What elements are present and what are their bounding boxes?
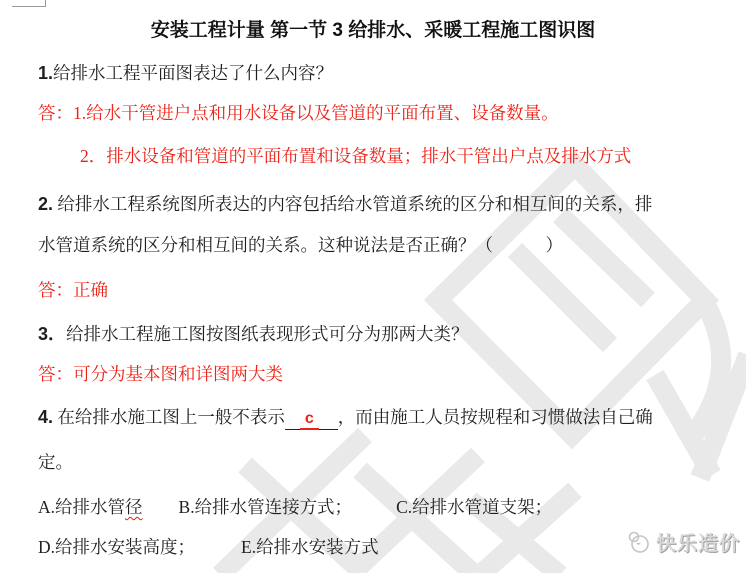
question-4-line-2: 定。 bbox=[38, 449, 73, 475]
question-2-line-2: 水管道系统的区分和相互间的关系。这种说法是否正确？（ ） bbox=[38, 232, 563, 258]
brand-face-icon bbox=[626, 529, 652, 555]
question-3-text: 给排水工程施工图按图纸表现形式可分为那两大类？ bbox=[66, 324, 469, 344]
question-1-number: 1. bbox=[38, 63, 53, 83]
brand-text: 快乐造价 bbox=[656, 527, 740, 556]
question-1: 1.给排水工程平面图表达了什么内容？ bbox=[38, 60, 333, 86]
option-a-main: A.给排水管 bbox=[38, 497, 125, 517]
question-2-number: 2. bbox=[38, 194, 53, 214]
brand-logo: 快乐造价 bbox=[626, 527, 740, 556]
question-4-prefix: 在给排水施工图上一般不表示 bbox=[53, 407, 285, 427]
option-a: A.给排水管径 bbox=[38, 494, 179, 520]
option-d: D.给排水安装高度； bbox=[38, 534, 195, 560]
page-title: 安装工程计量 第一节 3 给排水、采暖工程施工图识图 bbox=[0, 15, 746, 42]
answer-3: 答：可分为基本图和详图两大类 bbox=[38, 361, 283, 387]
answer-1-line-1: 答：1.给水干管进户点和用水设备以及管道的平面布置、设备数量。 bbox=[38, 100, 559, 126]
option-b: B.给排水管连接方式； bbox=[179, 494, 353, 520]
option-a-wavy-char: 径 bbox=[125, 497, 143, 517]
question-4-number: 4. bbox=[38, 407, 53, 427]
question-2-text-1: 给排水工程系统图所表达的内容包括给水管道系统的区分和相互间的关系，排 bbox=[53, 194, 652, 214]
question-3-number: 3． bbox=[38, 324, 66, 344]
question-1-text: 给排水工程平面图表达了什么内容？ bbox=[53, 63, 333, 83]
options-row-2: D.给排水安装高度；E.给排水安装方式 bbox=[38, 534, 379, 560]
question-4-line-1: 4. 在给排水施工图上一般不表示c，而由施工人员按规程和习惯做法自己确 bbox=[38, 404, 653, 430]
blank-underline-right bbox=[319, 410, 338, 430]
answer-1-line-2: 2．排水设备和管道的平面布置和设备数量；排水干管出户点及排水方式 bbox=[80, 143, 631, 169]
question-3: 3．给排水工程施工图按图纸表现形式可分为那两大类？ bbox=[38, 321, 469, 347]
question-4-suffix: ，而由施工人员按规程和习惯做法自己确 bbox=[338, 407, 653, 427]
document-page: 安装工程计量 第一节 3 给排水、采暖工程施工图识图 1.给排水工程平面图表达了… bbox=[0, 0, 746, 573]
blank-answer-c: c bbox=[300, 408, 319, 430]
question-2-line-1: 2. 给排水工程系统图所表达的内容包括给水管道系统的区分和相互间的关系，排 bbox=[38, 191, 652, 217]
answer-2: 答：正确 bbox=[38, 277, 108, 303]
blank-underline-left bbox=[285, 410, 300, 430]
option-c: C.给排水管道支架； bbox=[396, 494, 552, 520]
option-e: E.给排水安装方式 bbox=[241, 534, 379, 560]
options-row-1: A.给排水管径B.给排水管连接方式；C.给排水管道支架； bbox=[38, 494, 552, 520]
